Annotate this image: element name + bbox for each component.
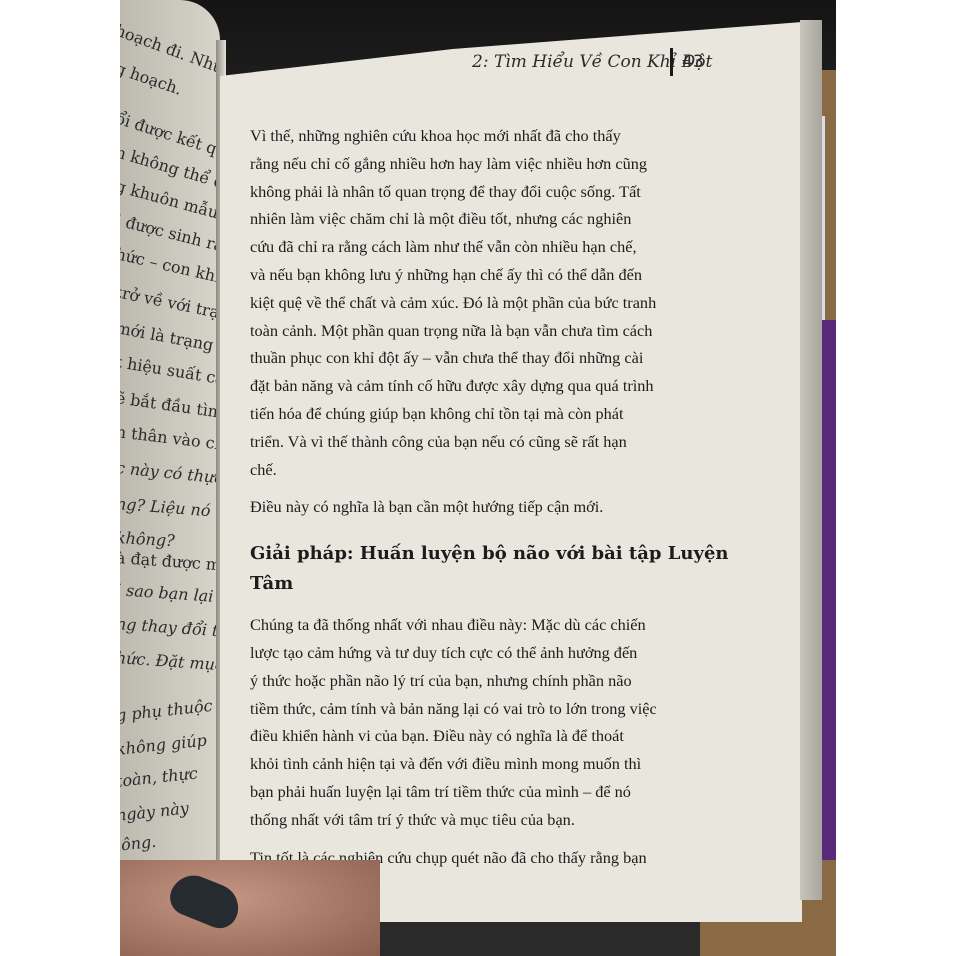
text-line: chế. [250, 456, 720, 484]
left-page-text-fragment: n thân vào chỗ khó [120, 422, 220, 459]
text-line: tiến hóa để chúng giúp bạn không chỉ tồn… [250, 400, 720, 428]
left-page-text-fragment: à đạt được mục [120, 548, 220, 576]
page-body: Vì thế, những nghiên cứu khoa học mới nh… [250, 122, 720, 871]
left-page-text-fragment: hức. Đặt mục [120, 648, 220, 674]
text-line: triển. Và vì thế thành công của bạn nếu … [250, 428, 720, 456]
text-line: rằng nếu chỉ cố gắng nhiều hơn hay làm v… [250, 150, 720, 178]
hand [120, 860, 380, 956]
text-line: tiềm thức, cảm tính và bản năng lại có v… [250, 695, 720, 723]
text-line: nhiên làm việc chăm chỉ là một điều tốt,… [250, 205, 720, 233]
page-number: 43 [682, 52, 704, 72]
left-page-text-fragment: ẽ bắt đầu tìm các lý [120, 388, 220, 429]
text-line: lược tạo cảm hứng và tư duy tích cực có … [250, 639, 720, 667]
header-divider [670, 48, 673, 76]
text-line: kiệt quệ về thể chất và cảm xúc. Đó là m… [250, 289, 720, 317]
text-line: khỏi tình cảnh hiện tại và đến với điều … [250, 750, 720, 778]
left-page-text-fragment: toàn, thực [120, 763, 199, 790]
text-line: không phải là nhân tố quan trọng để thay… [250, 178, 720, 206]
left-page-text-fragment: ngày này [120, 798, 190, 825]
left-page-text-fragment: g hoạch. [120, 59, 185, 99]
text-line: thống nhất với tâm trí ý thức và mục tiê… [250, 806, 720, 834]
heading-line: Tâm [250, 569, 720, 599]
paragraph-1: Vì thế, những nghiên cứu khoa học mới nh… [250, 122, 720, 483]
book-photo: hoạch đi. Nhưng điềug hoạch.ổi được kết … [120, 0, 836, 956]
text-line: điều khiển hành vi của bạn. Điều này có … [250, 722, 720, 750]
page-edge [800, 20, 822, 900]
left-page-text-fragment: g phụ thuộc [120, 696, 213, 725]
running-head: 2: Tìm Hiểu Về Con Khỉ Đột [472, 52, 712, 72]
text-line: cứu đã chỉ ra rằng cách làm như thế vẫn … [250, 233, 720, 261]
text-line: Chúng ta đã thống nhất với nhau điều này… [250, 611, 720, 639]
left-page-text-fragment: ng thay đổi thì [120, 614, 220, 641]
text-line: thuần phục con khỉ đột ấy – vẫn chưa thể… [250, 344, 720, 372]
text-line: ý thức hoặc phần não lý trí của bạn, như… [250, 667, 720, 695]
section-heading: Giải pháp: Huấn luyện bộ não với bài tập… [250, 539, 720, 599]
left-page-text-fragment: c này có thực sự tốt [120, 458, 220, 492]
paragraph-3: Chúng ta đã thống nhất với nhau điều này… [250, 611, 720, 833]
left-page: hoạch đi. Nhưng điềug hoạch.ổi được kết … [120, 0, 220, 900]
paragraph-2: Điều này có nghĩa là bạn cần một hướng t… [250, 493, 720, 521]
left-page-text-fragment: không? [120, 528, 175, 550]
text-line: đặt bản năng và cảm tính cố hữu được xây… [250, 372, 720, 400]
text-line: Vì thế, những nghiên cứu khoa học mới nh… [250, 122, 720, 150]
text-line: toàn cảnh. Một phần quan trọng nữa là bạ… [250, 317, 720, 345]
heading-line: Giải pháp: Huấn luyện bộ não với bài tập… [250, 539, 720, 569]
left-page-text-fragment: iông. [120, 832, 157, 855]
text-line: bạn phải huấn luyện lại tâm trí tiềm thứ… [250, 778, 720, 806]
left-page-text-fragment: không giúp [120, 731, 208, 759]
left-page-text-fragment: ng? Liệu nó có khả [120, 494, 220, 525]
text-line: và nếu bạn không lưu ý những hạn chế ấy … [250, 261, 720, 289]
left-page-text-fragment: t hiệu suất cao. Khi [120, 352, 220, 396]
left-page-text-fragment: i sao bạn lại bị [120, 580, 220, 607]
